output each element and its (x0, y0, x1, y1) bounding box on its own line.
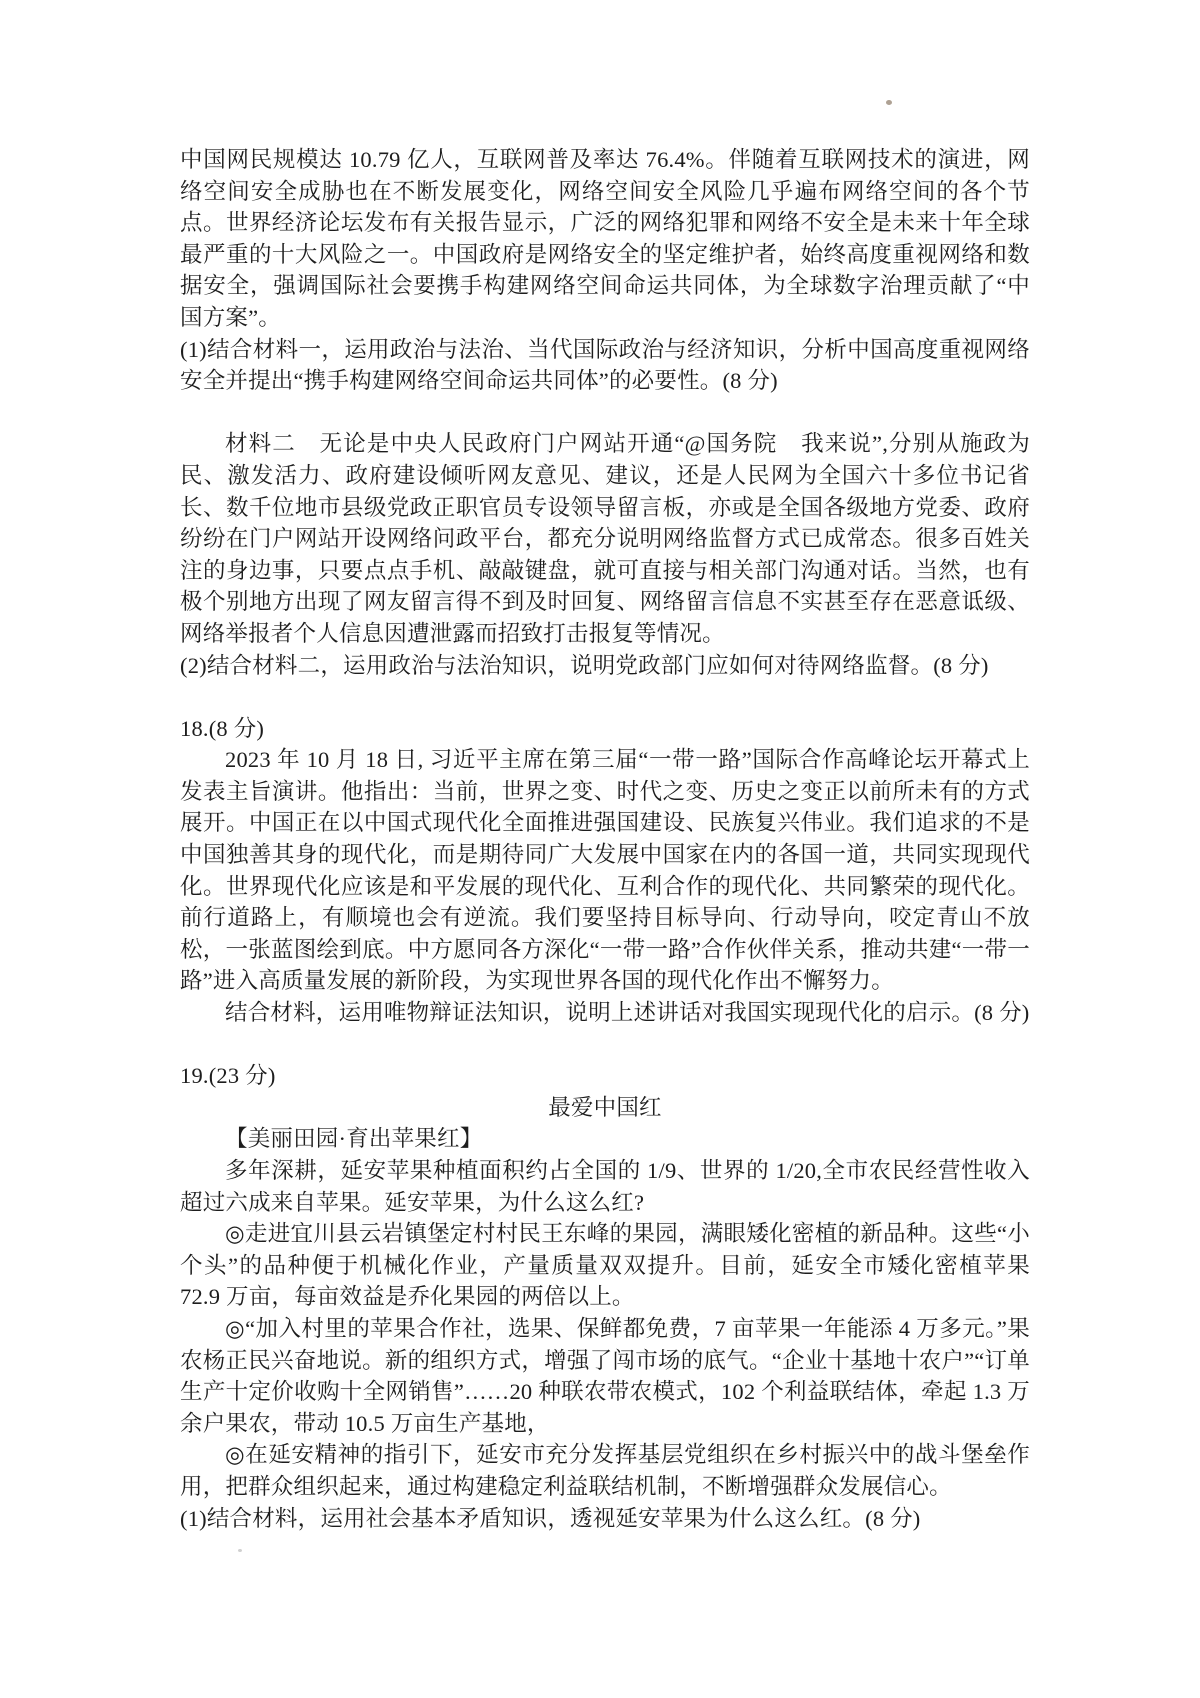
q18-number: 18.(8 分) (180, 713, 1030, 745)
material1-paragraph-tail: 中国网民规模达 10.79 亿人，互联网普及率达 76.4%。伴随着互联网技术的… (180, 144, 1030, 334)
text-column: 中国网民规模达 10.79 亿人，互联网普及率达 76.4%。伴随着互联网技术的… (180, 144, 1030, 1534)
q19-paragraph-4: ◎在延安精神的指引下，延安市充分发挥基层党组织在乡村振兴中的战斗堡垒作用，把群众… (180, 1439, 1030, 1502)
q19-paragraph-1: 多年深耕，延安苹果种植面积约占全国的 1/9、世界的 1/20,全市农民经营性收… (180, 1155, 1030, 1218)
q19-number: 19.(23 分) (180, 1060, 1030, 1092)
material2-paragraph: 材料二 无论是中央人民政府门户网站开通“@国务院 我来说”,分别从施政为民、激发… (180, 428, 1030, 649)
q18-material-paragraph: 2023 年 10 月 18 日, 习近平主席在第三届“一带一路”国际合作高峰论… (180, 744, 1030, 997)
q19-paragraph-3: ◎“加入村里的苹果合作社，选果、保鲜都免费，7 亩苹果一年能添 4 万多元。”果… (180, 1313, 1030, 1439)
q19-essay-title: 最爱中国红 (180, 1092, 1030, 1124)
q17-part1-question: (1)结合材料一，运用政治与法治、当代国际政治与经济知识，分析中国高度重视网络安… (180, 334, 1030, 397)
q17-part2-question: (2)结合材料二，运用政治与法治知识，说明党政部门应如何对待网络监督。(8 分) (180, 650, 1030, 682)
q18-question: 结合材料，运用唯物辩证法知识，说明上述讲话对我国实现现代化的启示。(8 分) (180, 997, 1030, 1029)
q19-part1-question: (1)结合材料，运用社会基本矛盾知识，透视延安苹果为什么这么红。(8 分) (180, 1503, 1030, 1535)
scan-speck-top (886, 100, 892, 105)
q19-paragraph-2: ◎走进宜川县云岩镇堡定村村民王东峰的果园，满眼矮化密植的新品种。这些“小个头”的… (180, 1218, 1030, 1313)
exam-paper-page: 中国网民规模达 10.79 亿人，互联网普及率达 76.4%。伴随着互联网技术的… (0, 0, 1200, 1698)
q19-section-heading: 【美丽田园·育出苹果红】 (180, 1123, 1030, 1155)
scan-speck-bottom (238, 1549, 242, 1552)
